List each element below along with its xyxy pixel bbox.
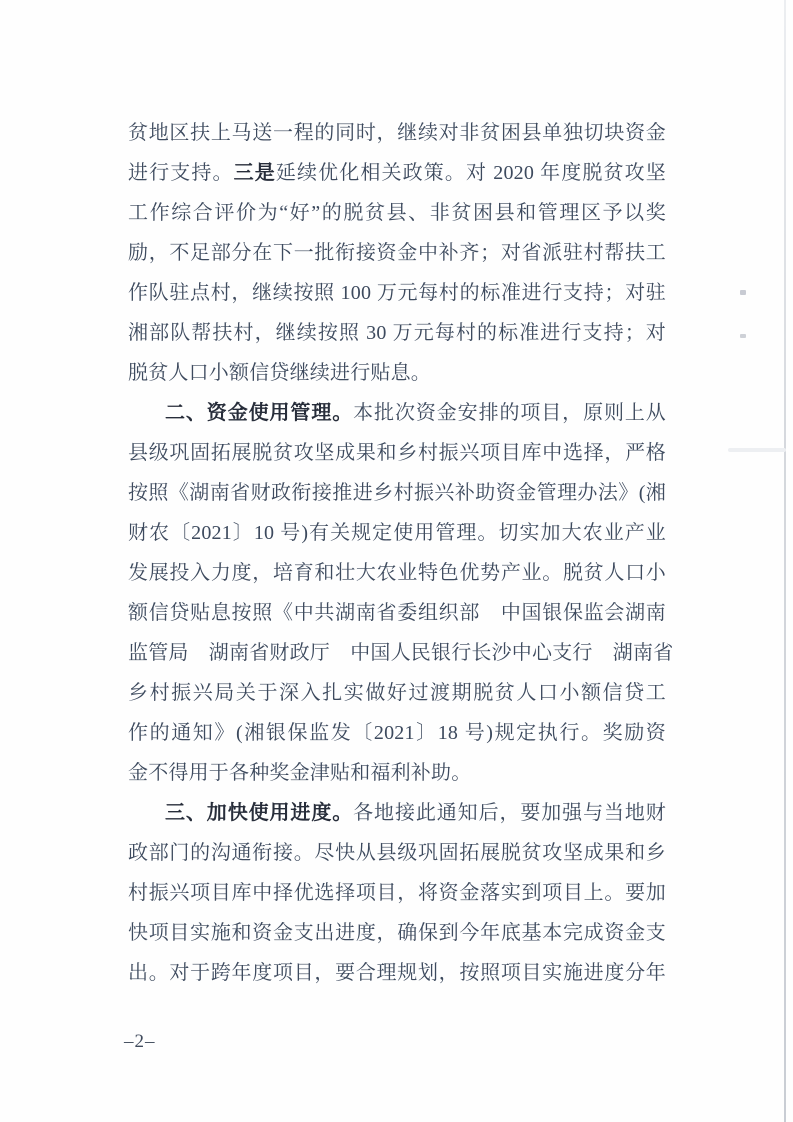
text-segment: 县级巩固拓展脱贫攻坚成果和乡村振兴项目库中选择，严格	[128, 442, 666, 464]
body-text: 贫地区扶上马送一程的同时，继续对非贫困县单独切块资金进行支持。三是延续优化相关政…	[128, 113, 666, 993]
bold-text-segment: 二、资金使用管理。	[165, 402, 353, 424]
text-segment: 发展投入力度，培育和壮大农业特色优势产业。脱贫人口小	[128, 562, 666, 584]
text-line: 作的通知》(湘银保监发〔2021〕18 号)规定执行。奖励资	[128, 713, 666, 753]
text-segment: 作的通知》(湘银保监发〔2021〕18 号)规定执行。奖励资	[128, 722, 666, 744]
text-segment: 政部门的沟通衔接。尽快从县级巩固拓展脱贫攻坚成果和乡	[128, 842, 666, 864]
text-line: 政部门的沟通衔接。尽快从县级巩固拓展脱贫攻坚成果和乡	[128, 833, 666, 873]
text-segment: 快项目实施和资金支出进度，确保到今年底基本完成资金支	[128, 922, 666, 944]
text-line: 三、加快使用进度。各地接此通知后，要加强与当地财	[128, 793, 666, 833]
text-segment: 额信贷贴息按照《中共湖南省委组织部 中国银保监会湖南	[128, 602, 666, 624]
text-line: 县级巩固拓展脱贫攻坚成果和乡村振兴项目库中选择，严格	[128, 433, 666, 473]
text-line: 乡村振兴局关于深入扎实做好过渡期脱贫人口小额信贷工	[128, 673, 666, 713]
page-number: –2–	[124, 1030, 156, 1054]
document-page: 贫地区扶上马送一程的同时，继续对非贫困县单独切块资金进行支持。三是延续优化相关政…	[0, 0, 793, 1122]
text-line: 贫地区扶上马送一程的同时，继续对非贫困县单独切块资金	[128, 113, 666, 153]
scan-speck	[740, 334, 746, 338]
text-line: 二、资金使用管理。本批次资金安排的项目，原则上从	[128, 393, 666, 433]
text-segment: 乡村振兴局关于深入扎实做好过渡期脱贫人口小额信贷工	[128, 682, 666, 704]
text-line: 作队驻点村，继续按照 100 万元每村的标准进行支持；对驻	[128, 273, 666, 313]
bold-text-segment: 三是	[234, 162, 276, 184]
scan-smudge	[728, 448, 786, 452]
scan-speck	[740, 290, 746, 295]
text-line: 快项目实施和资金支出进度，确保到今年底基本完成资金支	[128, 913, 666, 953]
text-segment: 村振兴项目库中择优选择项目，将资金落实到项目上。要加	[128, 882, 666, 904]
text-segment: 出。对于跨年度项目，要合理规划，按照项目实施进度分年	[128, 962, 666, 984]
text-segment: 各地接此通知后，要加强与当地财	[353, 802, 666, 824]
text-line: 湘部队帮扶村，继续按照 30 万元每村的标准进行支持；对	[128, 313, 666, 353]
text-line: 工作综合评价为“好”的脱贫县、非贫困县和管理区予以奖	[128, 193, 666, 233]
text-segment: 脱贫人口小额信贷继续进行贴息。	[128, 362, 431, 384]
text-line: 脱贫人口小额信贷继续进行贴息。	[128, 353, 666, 393]
text-segment: 本批次资金安排的项目，原则上从	[353, 402, 666, 424]
text-line: 励，不足部分在下一批衔接资金中补齐；对省派驻村帮扶工	[128, 233, 666, 273]
scan-page-edge	[784, 0, 786, 1122]
text-segment: 按照《湖南省财政衔接推进乡村振兴补助资金管理办法》(湘	[128, 482, 666, 504]
text-line: 财农〔2021〕10 号)有关规定使用管理。切实加大农业产业	[128, 513, 666, 553]
text-segment: 监管局 湖南省财政厅 中国人民银行长沙中心支行 湖南省	[128, 642, 673, 664]
text-segment: 湘部队帮扶村，继续按照 30 万元每村的标准进行支持；对	[128, 322, 666, 344]
text-line: 发展投入力度，培育和壮大农业特色优势产业。脱贫人口小	[128, 553, 666, 593]
bold-text-segment: 三、加快使用进度。	[165, 802, 353, 824]
text-segment: 金不得用于各种奖金津贴和福利补助。	[128, 762, 471, 784]
text-segment: 励，不足部分在下一批衔接资金中补齐；对省派驻村帮扶工	[128, 242, 666, 264]
text-segment: 作队驻点村，继续按照 100 万元每村的标准进行支持；对驻	[128, 282, 666, 304]
text-line: 出。对于跨年度项目，要合理规划，按照项目实施进度分年	[128, 953, 666, 993]
text-line: 监管局 湖南省财政厅 中国人民银行长沙中心支行 湖南省	[128, 633, 666, 673]
text-segment: 工作综合评价为“好”的脱贫县、非贫困县和管理区予以奖	[128, 202, 666, 224]
text-line: 额信贷贴息按照《中共湖南省委组织部 中国银保监会湖南	[128, 593, 666, 633]
text-segment: 进行支持。	[128, 162, 234, 184]
text-line: 进行支持。三是延续优化相关政策。对 2020 年度脱贫攻坚	[128, 153, 666, 193]
text-segment: 延续优化相关政策。对 2020 年度脱贫攻坚	[276, 162, 666, 184]
text-segment: 财农〔2021〕10 号)有关规定使用管理。切实加大农业产业	[128, 522, 666, 544]
text-line: 按照《湖南省财政衔接推进乡村振兴补助资金管理办法》(湘	[128, 473, 666, 513]
text-line: 村振兴项目库中择优选择项目，将资金落实到项目上。要加	[128, 873, 666, 913]
text-segment: 贫地区扶上马送一程的同时，继续对非贫困县单独切块资金	[128, 122, 666, 144]
text-line: 金不得用于各种奖金津贴和福利补助。	[128, 753, 666, 793]
